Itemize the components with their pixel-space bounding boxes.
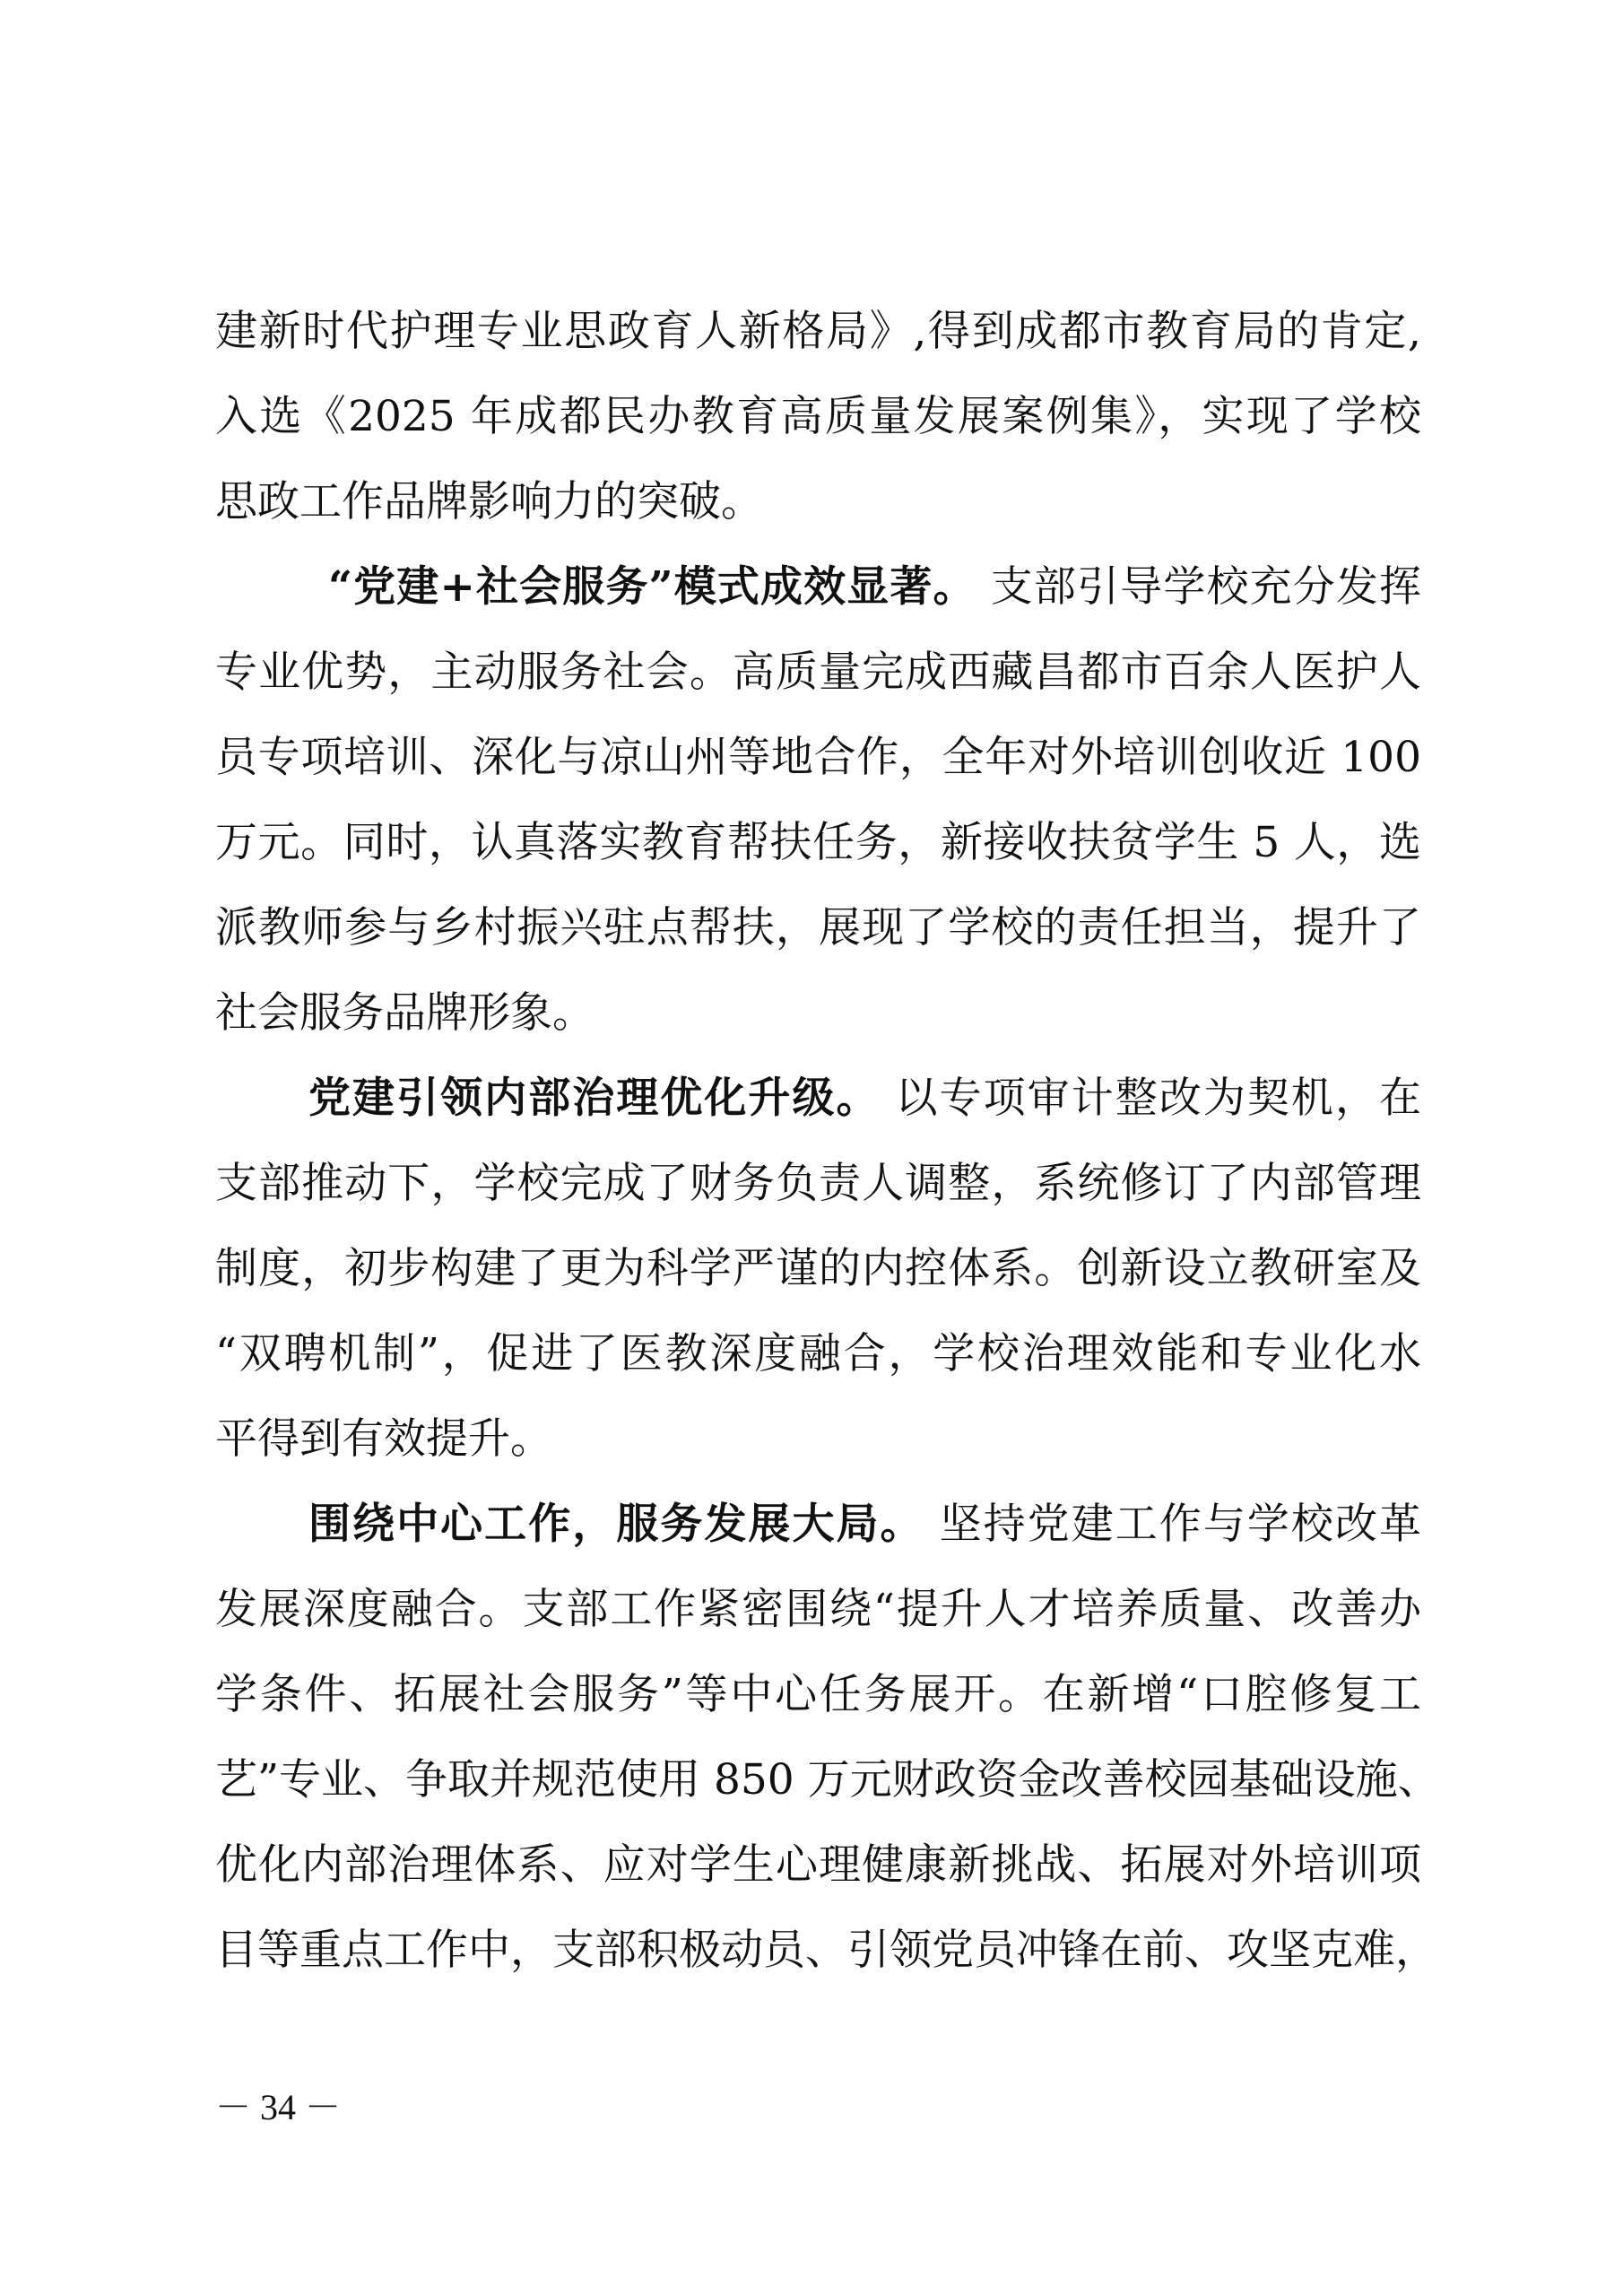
text-line: 专业优势，主动服务社会。高质量完成西藏昌都市百余人医护人 bbox=[215, 630, 1421, 715]
paragraph-governance: 党建引领内部治理优化升级。 以专项审计整改为契机，在 支部推动下，学校完成了财务… bbox=[215, 1056, 1421, 1482]
text-line: 万元。同时，认真落实教育帮扶任务，新接收扶贫学生 5 人，选 bbox=[215, 800, 1421, 885]
document-page: 建新时代护理专业思政育人新格局》,得到成都市教育局的肯定, 入选《2025 年成… bbox=[0, 0, 1623, 2296]
text-line: 支部推动下，学校完成了财务负责人调整，系统修订了内部管理 bbox=[215, 1141, 1421, 1226]
heading-continuation: 坚持党建工作与学校改革 bbox=[940, 1500, 1421, 1549]
text-line: 员专项培训、深化与凉山州等地合作，全年对外培训创收近 100 bbox=[215, 715, 1421, 800]
text-line: 优化内部治理体系、应对学生心理健康新挑战、拓展对外培训项 bbox=[215, 1822, 1421, 1908]
heading-continuation: 支部引导学校充分发挥 bbox=[991, 562, 1421, 612]
text-line: “党建+社会服务”模式成效显著。 支部引导学校充分发挥 bbox=[215, 544, 1421, 630]
paragraph-center-work: 围绕中心工作，服务发展大局。 坚持党建工作与学校改革 发展深度融合。支部工作紧密… bbox=[215, 1482, 1421, 1993]
text-line: 平得到有效提升。 bbox=[215, 1396, 1421, 1482]
text-line: 艺”专业、争取并规范使用 850 万元财政资金改善校园基础设施、 bbox=[215, 1737, 1421, 1822]
heading-continuation: 以专项审计整改为契机，在 bbox=[896, 1074, 1421, 1123]
text-line: 发展深度融合。支部工作紧密围绕“提升人才培养质量、改善办 bbox=[215, 1567, 1421, 1652]
paragraph-social-service: “党建+社会服务”模式成效显著。 支部引导学校充分发挥 专业优势，主动服务社会。… bbox=[215, 544, 1421, 1056]
text-line: 制度，初步构建了更为科学严谨的内控体系。创新设立教研室及 bbox=[215, 1226, 1421, 1311]
paragraph-heading: 围绕中心工作，服务发展大局。 bbox=[308, 1500, 924, 1549]
paragraph-case-collection: 建新时代护理专业思政育人新格局》,得到成都市教育局的肯定, 入选《2025 年成… bbox=[215, 289, 1421, 544]
body-text: 建新时代护理专业思政育人新格局》,得到成都市教育局的肯定, 入选《2025 年成… bbox=[215, 289, 1421, 1993]
text-line: 社会服务品牌形象。 bbox=[215, 970, 1421, 1056]
text-line: 目等重点工作中，支部积极动员、引领党员冲锋在前、攻坚克难， bbox=[215, 1908, 1421, 1993]
text-line: 入选《2025 年成都民办教育高质量发展案例集》，实现了学校 bbox=[215, 374, 1421, 459]
paragraph-heading: 党建引领内部治理优化升级。 bbox=[308, 1074, 881, 1123]
paragraph-heading: “党建+社会服务”模式成效显著。 bbox=[328, 562, 976, 612]
text-line: 建新时代护理专业思政育人新格局》,得到成都市教育局的肯定, bbox=[215, 289, 1421, 374]
text-line: “双聘机制”，促进了医教深度融合，学校治理效能和专业化水 bbox=[215, 1311, 1421, 1396]
text-line: 学条件、拓展社会服务”等中心任务展开。在新增“口腔修复工 bbox=[215, 1652, 1421, 1737]
text-line: 围绕中心工作，服务发展大局。 坚持党建工作与学校改革 bbox=[215, 1482, 1421, 1567]
text-line: 派教师参与乡村振兴驻点帮扶，展现了学校的责任担当，提升了 bbox=[215, 885, 1421, 970]
text-line: 思政工作品牌影响力的突破。 bbox=[215, 459, 1421, 544]
page-number: － 34 － bbox=[215, 2086, 341, 2129]
text-line: 党建引领内部治理优化升级。 以专项审计整改为契机，在 bbox=[215, 1056, 1421, 1141]
